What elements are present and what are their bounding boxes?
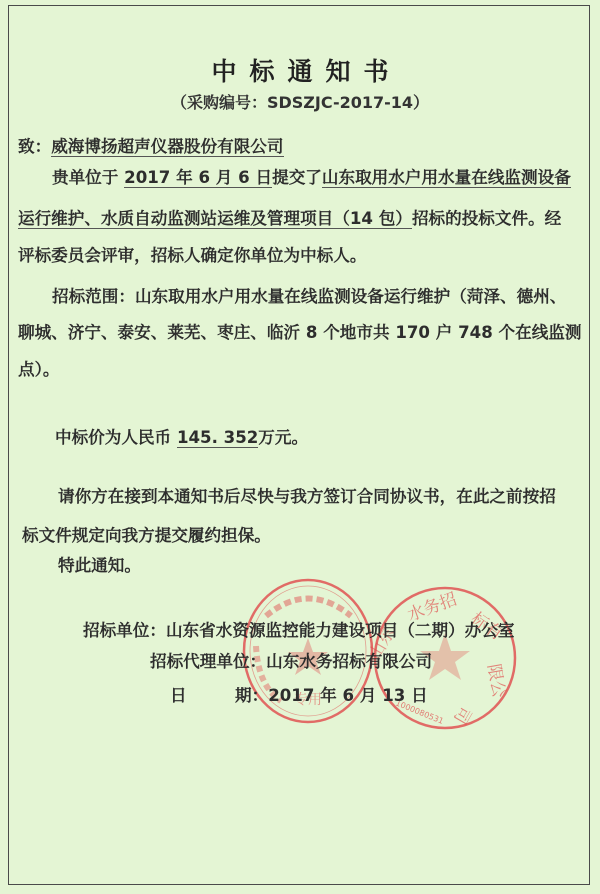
scope-line1: 招标范围：山东取用水户用水量在线监测设备运行维护（菏泽、德州、 [52, 286, 566, 308]
date-label-1: 日 [170, 685, 187, 707]
project-name-part1: 山东取用水户用水量在线监测设备 [322, 168, 571, 188]
para1-text-b: 提交了 [272, 168, 322, 187]
price-line: 中标价为人民币 145. 352万元。 [55, 427, 308, 449]
closing-text: 特此通知。 [58, 555, 141, 577]
price-prefix: 中标价为人民币 [55, 428, 171, 447]
submission-date: 2017 年 6 月 6 日 [124, 168, 272, 188]
para3-line1: 请你方在接到本通知书后尽快与我方签订合同协议书，在此之前按招 [58, 486, 556, 508]
scope-line2: 聊城、济宁、泰安、莱芜、枣庄、临沂 8 个地市共 170 户 748 个在线监测 [18, 322, 582, 344]
date-line: 期：2017 年 6 月 13 日 [235, 685, 428, 707]
recipient-line: 致：威海博扬超声仪器股份有限公司 [18, 136, 284, 158]
tenderer-line: 招标单位：山东省水资源监控能力建设项目（二期）办公室 [83, 620, 514, 642]
para1-text-a: 贵单位于 [52, 168, 118, 187]
para1-text-c: 招标的投标文件。经 [412, 209, 561, 228]
para1-line2: 运行维护、水质自动监测站运维及管理项目（14 包）招标的投标文件。经 [18, 208, 561, 230]
recipient-name: 威海博扬超声仪器股份有限公司 [51, 137, 283, 157]
bid-amount: 145. 352 [177, 428, 258, 448]
recipient-prefix: 致： [18, 137, 51, 156]
document-title: 中标通知书 [0, 52, 600, 88]
date-label-2: 期： [235, 686, 268, 705]
para3-line2: 标文件规定向我方提交履约担保。 [22, 525, 271, 547]
para1-line1: 贵单位于 2017 年 6 月 6 日提交了山东取用水户用水量在线监测设备 [52, 167, 571, 189]
scope-line3: 点）。 [18, 359, 59, 381]
procurement-number: （采购编号：SDSZJC-2017-14） [0, 90, 600, 113]
tenderer-label: 招标单位： [83, 621, 166, 640]
agent-name: 山东水务招标有限公司 [266, 652, 432, 671]
project-name-part2: 运行维护、水质自动监测站运维及管理项目（14 包） [18, 209, 412, 229]
para1-line3: 评标委员会评审，招标人确定你单位为中标人。 [18, 245, 366, 267]
issue-date: 2017 年 6 月 13 日 [268, 686, 428, 705]
agent-label: 招标代理单位： [150, 652, 266, 671]
agent-line: 招标代理单位：山东水务招标有限公司 [150, 651, 432, 673]
price-suffix: 万元。 [258, 428, 308, 447]
tenderer-name: 山东省水资源监控能力建设项目（二期）办公室 [166, 621, 514, 640]
